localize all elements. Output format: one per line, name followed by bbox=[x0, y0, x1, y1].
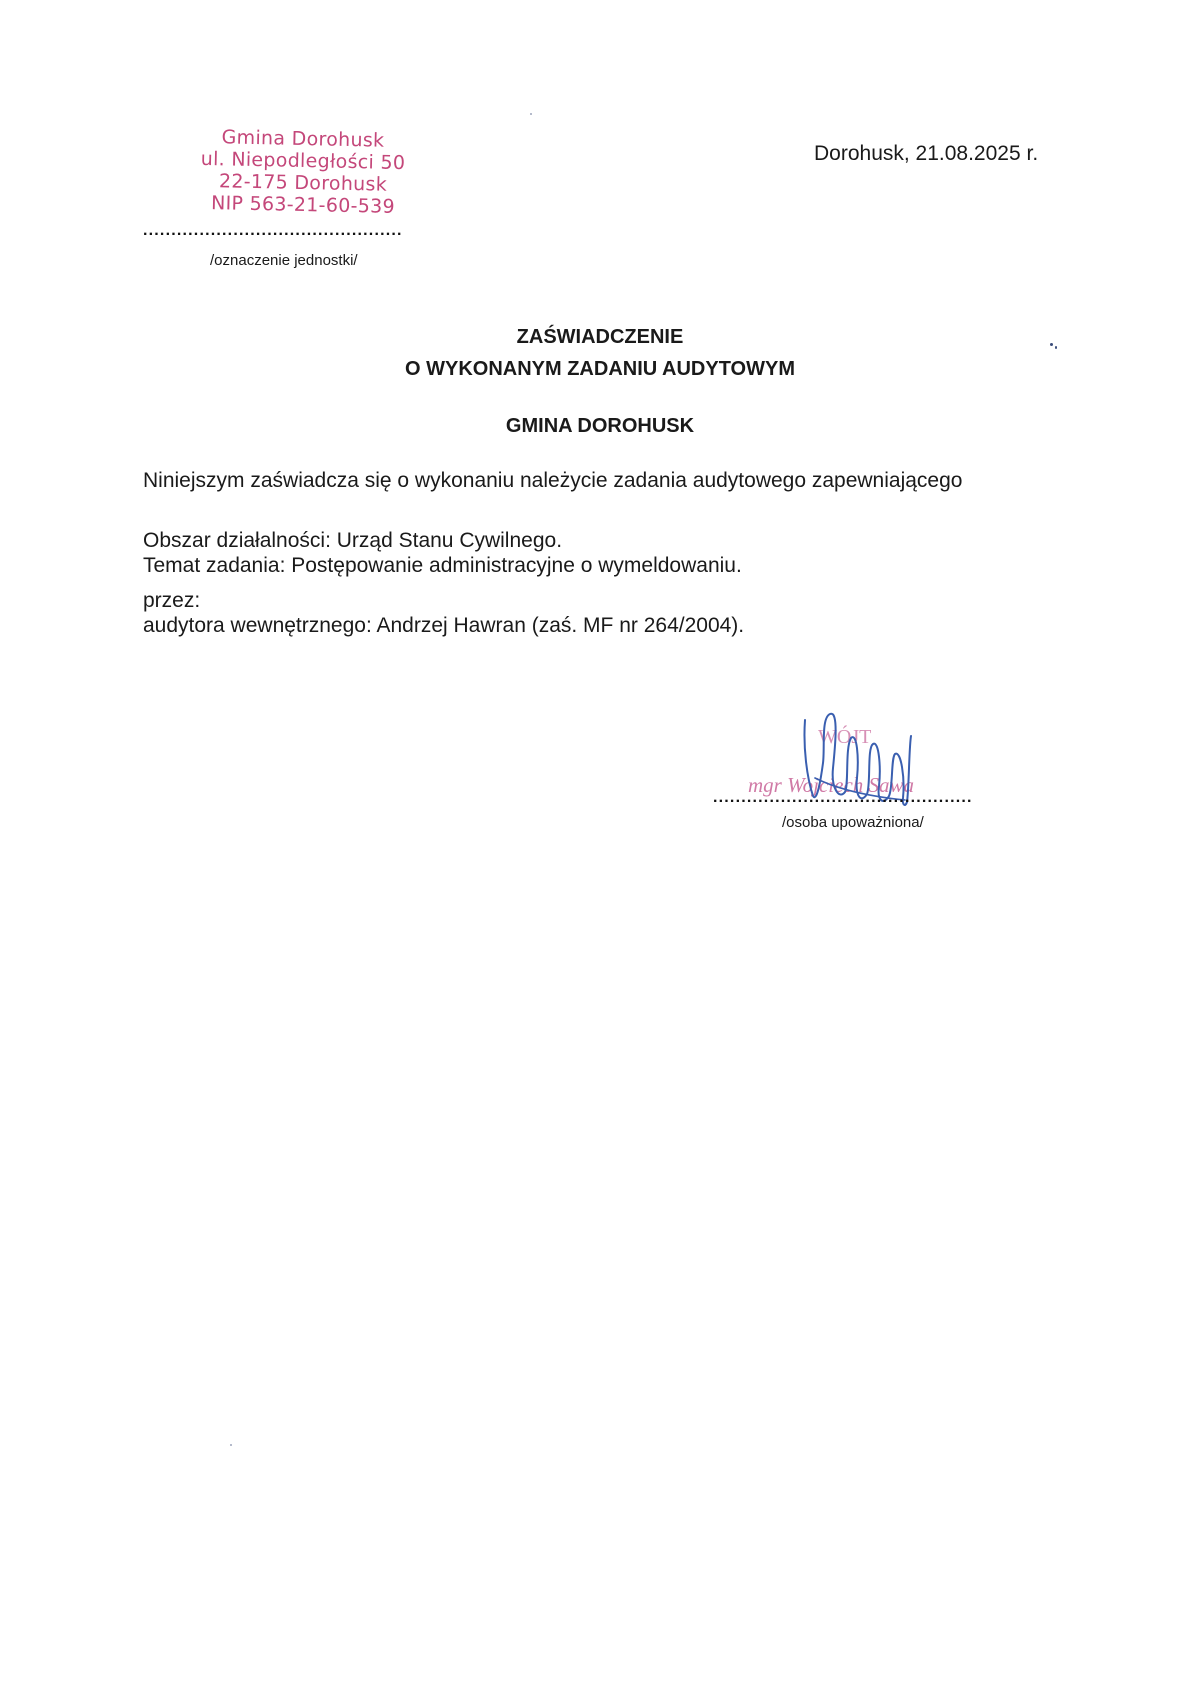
signature-caption: /osoba upoważniona/ bbox=[782, 814, 924, 831]
unit-stamp: Gmina Dorohusk ul. Niepodległości 50 22-… bbox=[193, 128, 413, 216]
auditor-text: audytora wewnętrznego: Andrzej Hawran (z… bbox=[143, 614, 744, 638]
topic-text: Temat zadania: Postępowanie administracy… bbox=[143, 554, 742, 578]
signature-dotted-line: ........................................… bbox=[713, 789, 973, 807]
intro-text: Niniejszym zaświadcza się o wykonaniu na… bbox=[143, 469, 962, 493]
scan-speck bbox=[1050, 343, 1053, 346]
area-text: Obszar działalności: Urząd Stanu Cywilne… bbox=[143, 529, 562, 553]
unit-caption: /oznaczenie jednostki/ bbox=[210, 252, 358, 269]
stamp-line-nip: NIP 563-21-60-539 bbox=[193, 192, 413, 219]
by-label: przez: bbox=[143, 589, 200, 613]
document-subtitle: O WYKONANYM ZADANIU AUDYTOWYM bbox=[300, 358, 900, 381]
place-date: Dorohusk, 21.08.2025 r. bbox=[814, 142, 1038, 166]
scan-speck bbox=[530, 113, 532, 115]
unit-dotted-line: ........................................… bbox=[143, 222, 403, 240]
scan-speck bbox=[1055, 346, 1057, 349]
scan-speck bbox=[230, 1444, 232, 1446]
document-title: ZAŚWIADCZENIE bbox=[300, 326, 900, 349]
entity-name: GMINA DOROHUSK bbox=[300, 415, 900, 438]
document-page: Gmina Dorohusk ul. Niepodległości 50 22-… bbox=[0, 0, 1190, 1684]
